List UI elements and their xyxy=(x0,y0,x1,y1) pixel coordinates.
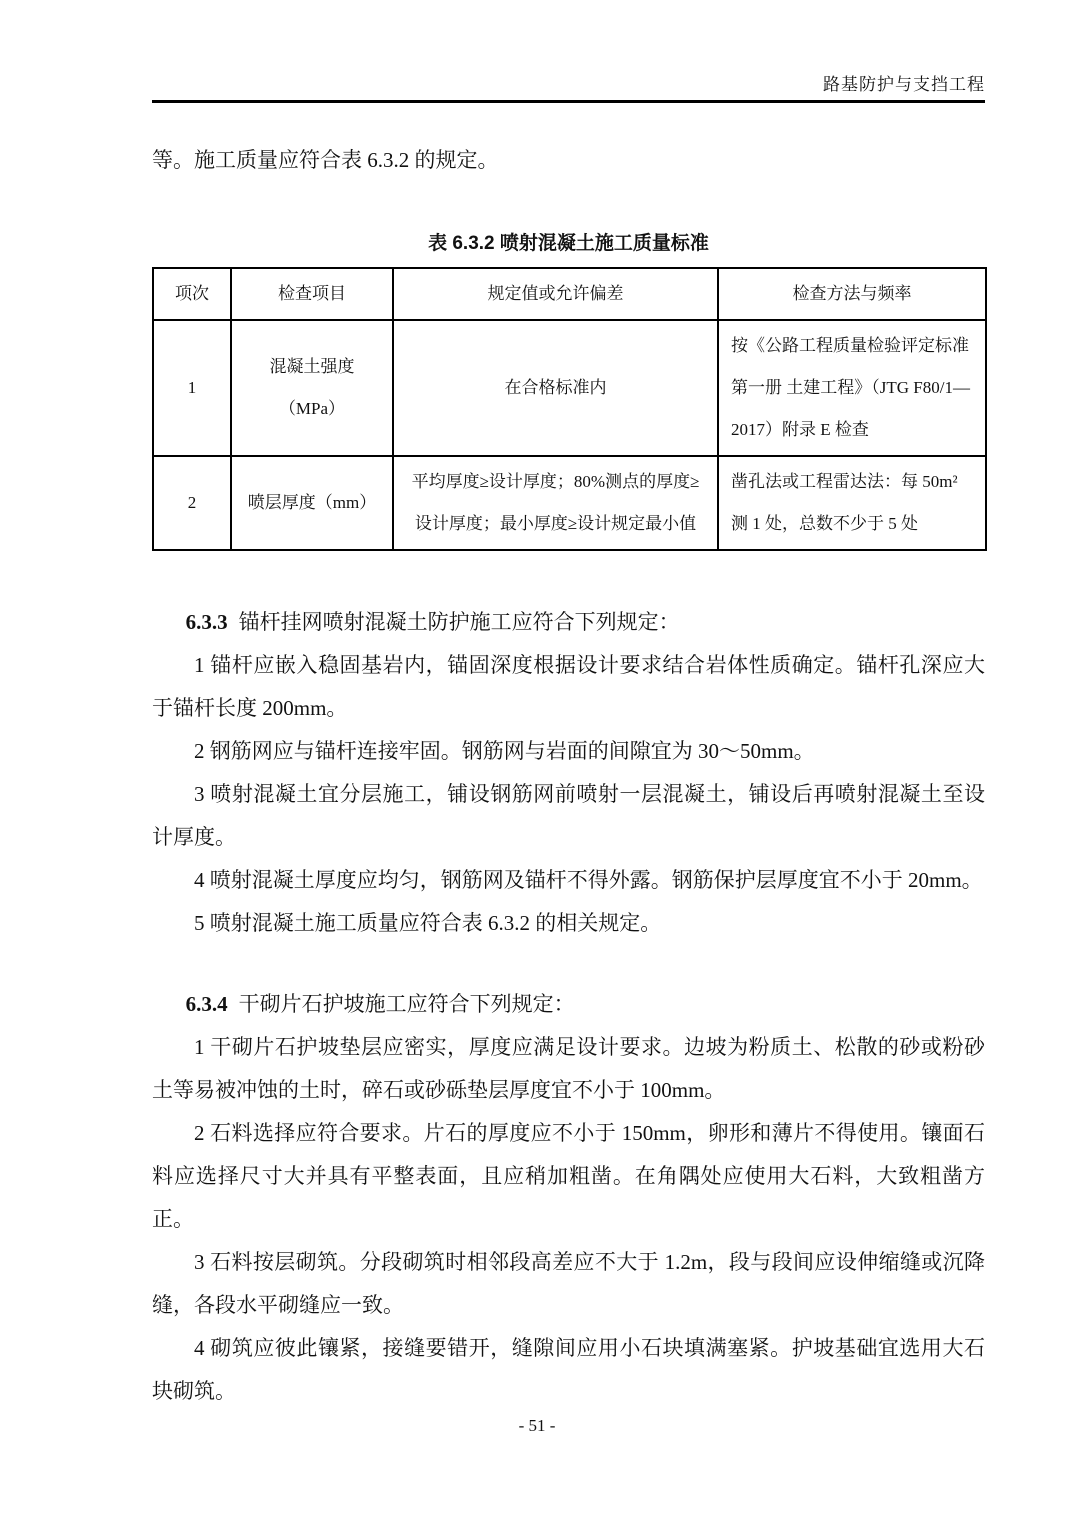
clause-paragraph: 3 喷射混凝土宜分层施工，铺设钢筋网前喷射一层混凝土，铺设后再喷射混凝土至设计厚… xyxy=(152,773,985,859)
section-heading-text: 干砌片石护坡施工应符合下列规定： xyxy=(239,992,575,1016)
col-header-spec-value: 规定值或允许偏差 xyxy=(393,268,718,320)
table-header-row: 项次 检查项目 规定值或允许偏差 检查方法与频率 xyxy=(153,268,986,320)
quality-standard-table: 项次 检查项目 规定值或允许偏差 检查方法与频率 1 混凝土强度（MPa） 在合… xyxy=(152,267,987,551)
header-rule xyxy=(152,100,985,103)
clause-paragraph: 4 砌筑应彼此镶紧，接缝要错开，缝隙间应用小石块填满塞紧。护坡基础宜选用大石块砌… xyxy=(152,1327,985,1413)
section-heading-6-3-4: 6.3.4干砌片石护坡施工应符合下列规定： xyxy=(152,983,985,1026)
col-header-method-frequency: 检查方法与频率 xyxy=(718,268,986,320)
clause-paragraph: 3 石料按层砌筑。分段砌筑时相邻段高差应不大于 1.2m，段与段间应设伸缩缝或沉… xyxy=(152,1241,985,1327)
cell-item-no: 2 xyxy=(153,456,231,550)
intro-paragraph: 等。施工质量应符合表 6.3.2 的规定。 xyxy=(152,139,985,182)
page-content: 路基防护与支挡工程 等。施工质量应符合表 6.3.2 的规定。 表 6.3.2 … xyxy=(152,0,985,1413)
cell-check-item: 混凝土强度（MPa） xyxy=(231,320,393,456)
cell-method-frequency: 按《公路工程质量检验评定标准 第一册 土建工程》（JTG F80/1—2017）… xyxy=(718,320,986,456)
clause-paragraph: 4 喷射混凝土厚度应均匀，钢筋网及锚杆不得外露。钢筋保护层厚度宜不小于 20mm… xyxy=(152,859,985,902)
page-number: - 51 - xyxy=(0,1416,1074,1436)
table-row: 1 混凝土强度（MPa） 在合格标准内 按《公路工程质量检验评定标准 第一册 土… xyxy=(153,320,986,456)
section-number: 6.3.4 xyxy=(186,992,228,1016)
document-page: 路基防护与支挡工程 等。施工质量应符合表 6.3.2 的规定。 表 6.3.2 … xyxy=(0,0,1074,1520)
clause-paragraph: 2 石料选择应符合要求。片石的厚度应不小于 150mm，卵形和薄片不得使用。镶面… xyxy=(152,1112,985,1241)
table-title: 表 6.3.2 喷射混凝土施工质量标准 xyxy=(152,228,985,255)
cell-spec-value: 平均厚度≥设计厚度；80%测点的厚度≥设计厚度；最小厚度≥设计规定最小值 xyxy=(393,456,718,550)
clause-paragraph: 1 锚杆应嵌入稳固基岩内，锚固深度根据设计要求结合岩体性质确定。锚杆孔深应大于锚… xyxy=(152,644,985,730)
cell-item-no: 1 xyxy=(153,320,231,456)
col-header-check-item: 检查项目 xyxy=(231,268,393,320)
clause-paragraph: 2 钢筋网应与锚杆连接牢固。钢筋网与岩面的间隙宜为 30～50mm。 xyxy=(152,730,985,773)
table-row: 2 喷层厚度（mm） 平均厚度≥设计厚度；80%测点的厚度≥设计厚度；最小厚度≥… xyxy=(153,456,986,550)
cell-method-frequency: 凿孔法或工程雷达法：每 50m²测 1 处，总数不少于 5 处 xyxy=(718,456,986,550)
running-header-title: 路基防护与支挡工程 xyxy=(823,75,985,94)
section-heading-text: 锚杆挂网喷射混凝土防护施工应符合下列规定： xyxy=(239,610,680,634)
clause-paragraph: 1 干砌片石护坡垫层应密实，厚度应满足设计要求。边坡为粉质土、松散的砂或粉砂土等… xyxy=(152,1026,985,1112)
section-number: 6.3.3 xyxy=(186,610,228,634)
section-heading-6-3-3: 6.3.3锚杆挂网喷射混凝土防护施工应符合下列规定： xyxy=(152,601,985,644)
cell-check-item: 喷层厚度（mm） xyxy=(231,456,393,550)
clause-paragraph: 5 喷射混凝土施工质量应符合表 6.3.2 的相关规定。 xyxy=(152,902,985,945)
cell-spec-value: 在合格标准内 xyxy=(393,320,718,456)
col-header-item-no: 项次 xyxy=(153,268,231,320)
running-header: 路基防护与支挡工程 xyxy=(152,0,985,95)
